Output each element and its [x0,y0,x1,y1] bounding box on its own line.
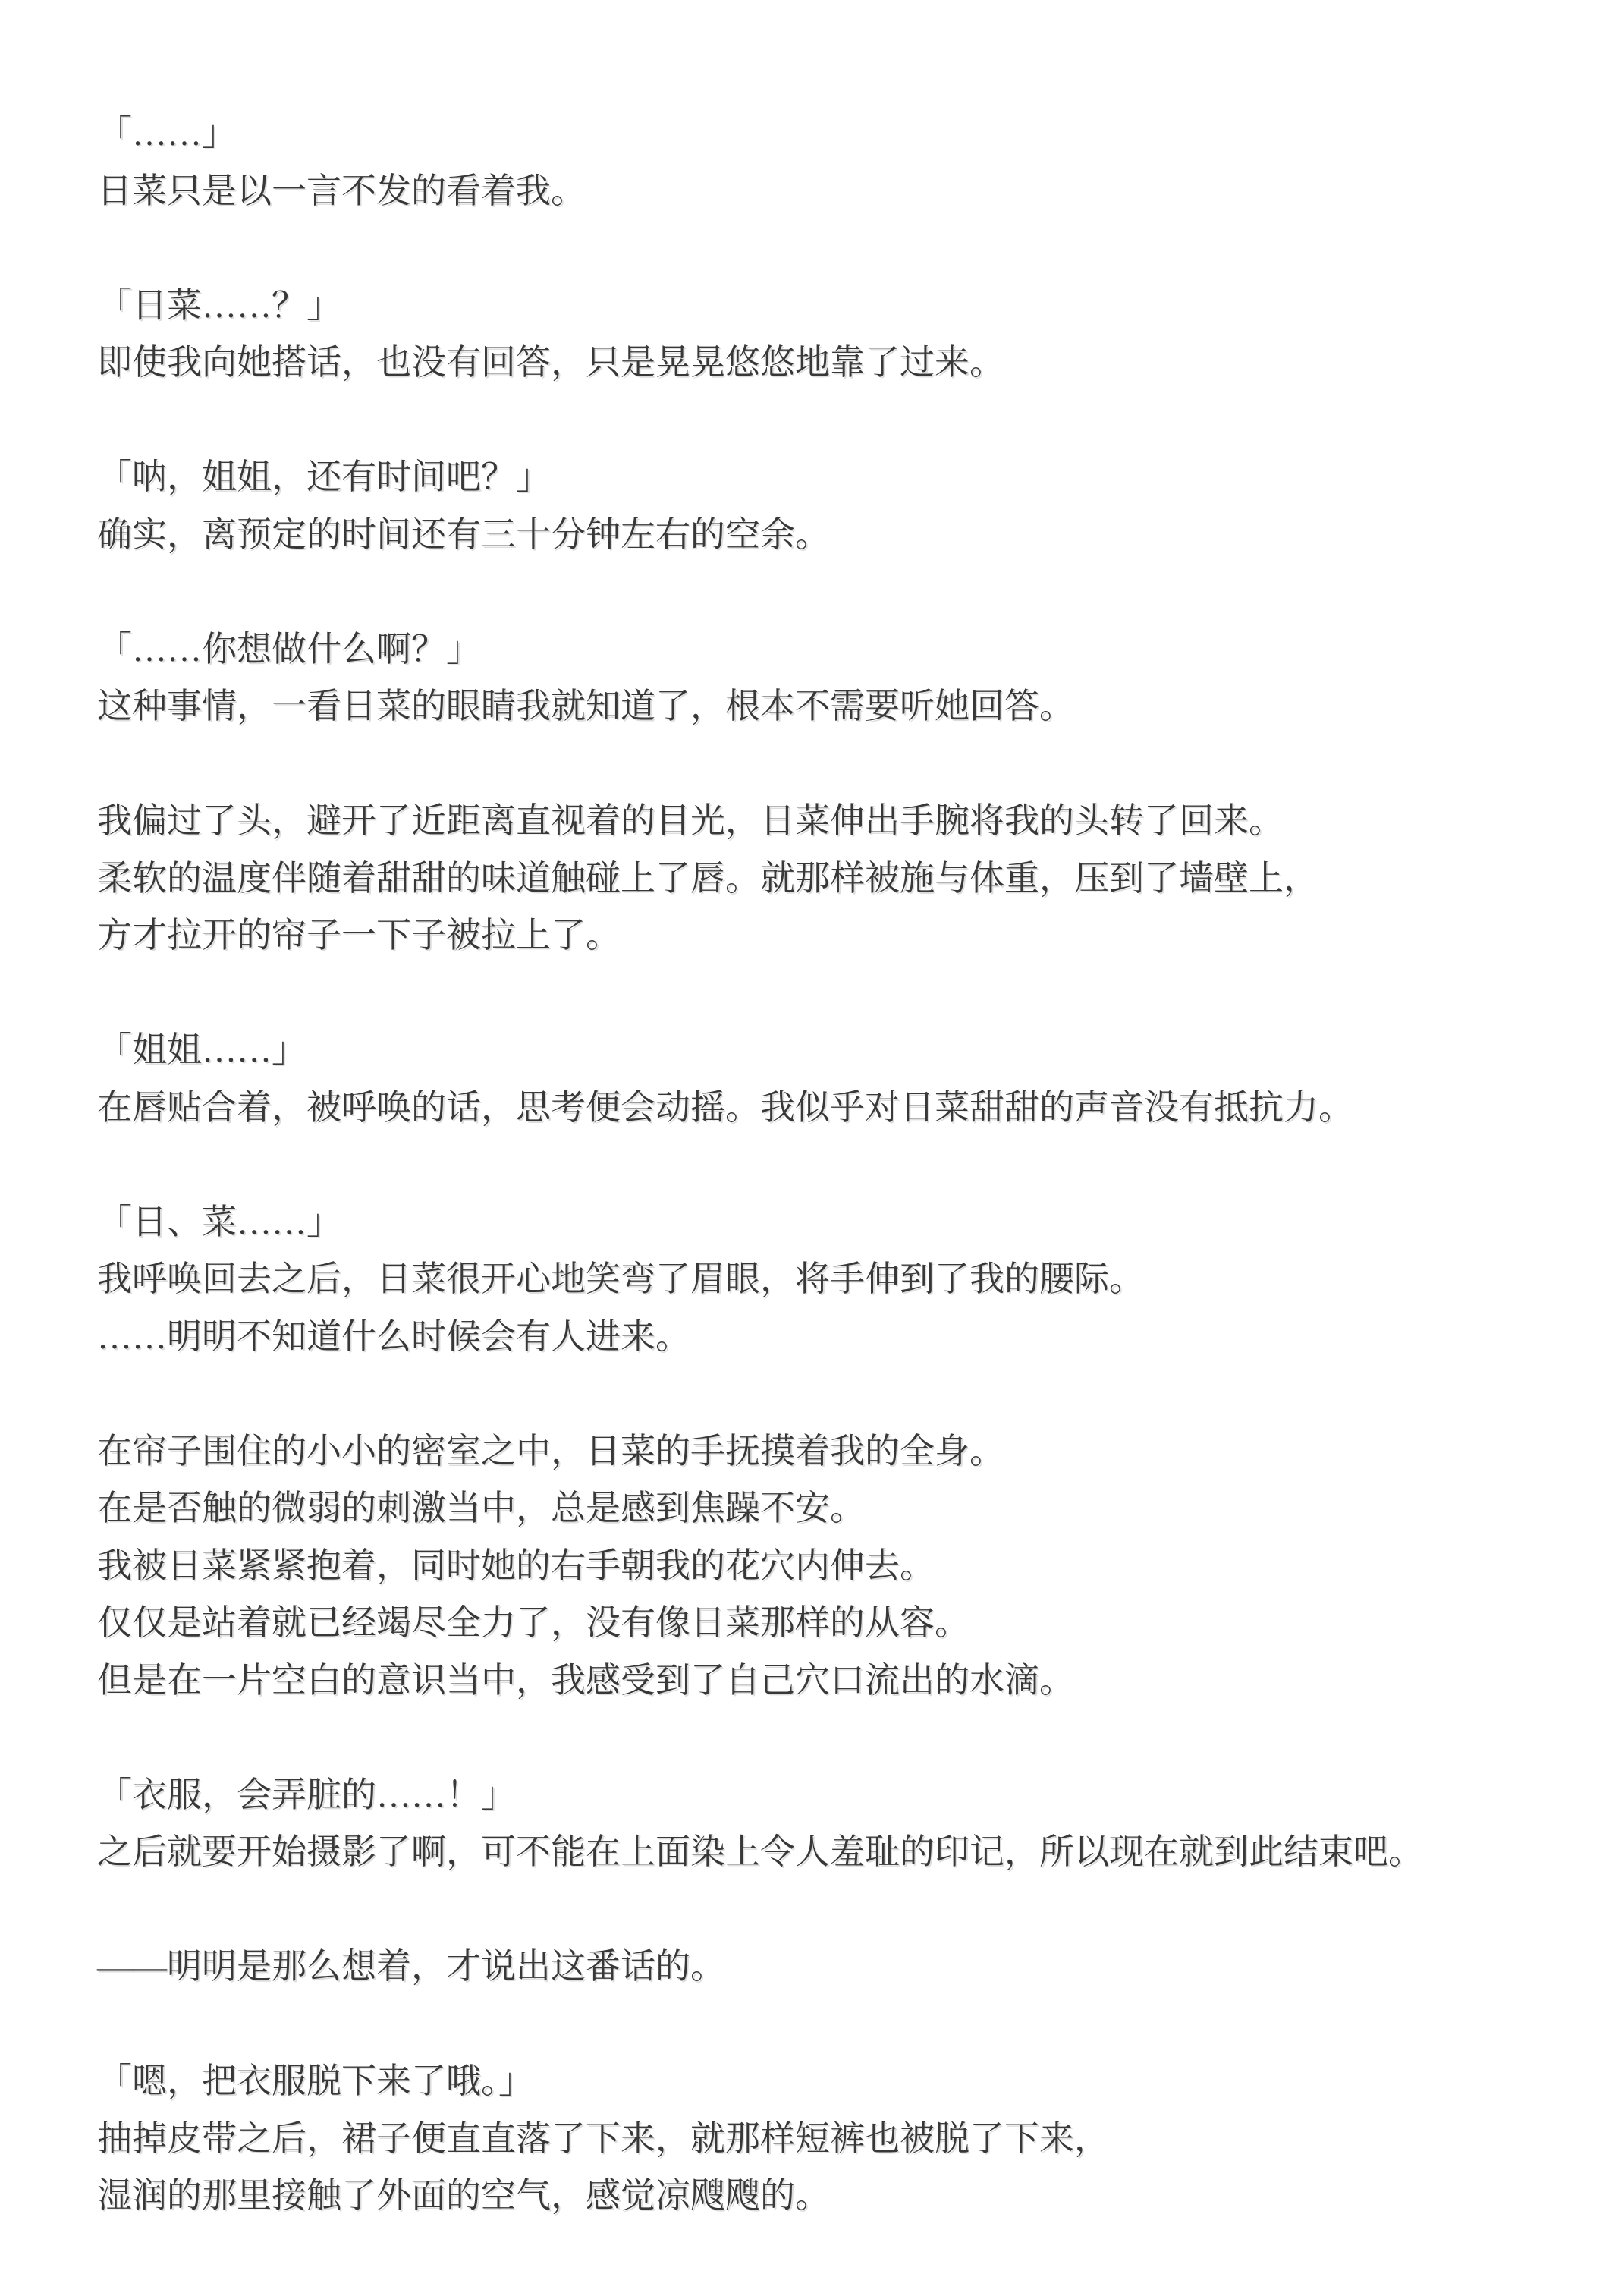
text-line: 这种事情，一看日菜的眼睛我就知道了，根本不需要听她回答。 [97,678,1548,735]
text-line: 在唇贴合着，被呼唤的话，思考便会动摇。我似乎对日菜甜甜的声音没有抵抗力。 [97,1079,1548,1137]
paragraph: 「姐姐……」在唇贴合着，被呼唤的话，思考便会动摇。我似乎对日菜甜甜的声音没有抵抗… [97,1021,1548,1136]
paragraph: ——明明是那么想着，才说出这番话的。 [97,1938,1548,1996]
text-line: ……明明不知道什么时候会有人进来。 [97,1308,1548,1366]
text-body: 「……」日菜只是以一言不发的看着我。「日菜……？」即使我向她搭话，也没有回答，只… [97,105,1548,2225]
text-line: 但是在一片空白的意识当中，我感受到了自己穴口流出的水滴。 [97,1652,1548,1709]
text-line: 即使我向她搭话，也没有回答，只是晃晃悠悠地靠了过来。 [97,334,1548,392]
text-line: 「衣服，会弄脏的……！」 [97,1766,1548,1824]
text-line: 「姐姐……」 [97,1021,1548,1079]
text-line: 在是否触的微弱的刺激当中，总是感到焦躁不安。 [97,1480,1548,1537]
paragraph: 「衣服，会弄脏的……！」之后就要开始摄影了啊，可不能在上面染上令人羞耻的印记，所… [97,1766,1548,1881]
text-line: 抽掉皮带之后，裙子便直直落了下来，就那样短裤也被脱了下来， [97,2110,1548,2168]
text-line: 在帘子围住的小小的密室之中，日菜的手抚摸着我的全身。 [97,1423,1548,1480]
text-line: 之后就要开始摄影了啊，可不能在上面染上令人羞耻的印记，所以现在就到此结束吧。 [97,1823,1548,1881]
paragraph: 「日、菜……」我呼唤回去之后，日菜很开心地笑弯了眉眼，将手伸到了我的腰际。……明… [97,1194,1548,1366]
paragraph: 在帘子围住的小小的密室之中，日菜的手抚摸着我的全身。在是否触的微弱的刺激当中，总… [97,1423,1548,1709]
text-line: 「……你想做什么啊？」 [97,621,1548,678]
text-line: 「日菜……？」 [97,277,1548,335]
text-line: 确实，离预定的时间还有三十分钟左右的空余。 [97,506,1548,564]
text-line: 我被日菜紧紧抱着，同时她的右手朝我的花穴内伸去。 [97,1537,1548,1595]
paragraph: 「嗯，把衣服脱下来了哦。」抽掉皮带之后，裙子便直直落了下来，就那样短裤也被脱了下… [97,2052,1548,2225]
paragraph: 「……」日菜只是以一言不发的看着我。 [97,105,1548,219]
paragraph: 「……你想做什么啊？」这种事情，一看日菜的眼睛我就知道了，根本不需要听她回答。 [97,621,1548,735]
text-line: 「嗯，把衣服脱下来了哦。」 [97,2052,1548,2110]
text-line: 方才拉开的帘子一下子被拉上了。 [97,907,1548,964]
novel-page: 「……」日菜只是以一言不发的看着我。「日菜……？」即使我向她搭话，也没有回答，只… [0,0,1609,2296]
text-line: 「……」 [97,105,1548,162]
text-line: 我偏过了头，避开了近距离直视着的目光，日菜伸出手腕将我的头转了回来。 [97,792,1548,850]
paragraph: 我偏过了头，避开了近距离直视着的目光，日菜伸出手腕将我的头转了回来。柔软的温度伴… [97,792,1548,964]
text-line: 仅仅是站着就已经竭尽全力了，没有像日菜那样的从容。 [97,1594,1548,1652]
text-line: 「呐，姐姐，还有时间吧？」 [97,448,1548,506]
paragraph: 「呐，姐姐，还有时间吧？」确实，离预定的时间还有三十分钟左右的空余。 [97,448,1548,563]
text-line: 日菜只是以一言不发的看着我。 [97,162,1548,220]
text-line: 我呼唤回去之后，日菜很开心地笑弯了眉眼，将手伸到了我的腰际。 [97,1250,1548,1308]
text-line: 「日、菜……」 [97,1194,1548,1251]
text-line: 湿润的那里接触了外面的空气，感觉凉飕飕的。 [97,2167,1548,2225]
paragraph: 「日菜……？」即使我向她搭话，也没有回答，只是晃晃悠悠地靠了过来。 [97,277,1548,392]
text-line: ——明明是那么想着，才说出这番话的。 [97,1938,1548,1996]
text-line: 柔软的温度伴随着甜甜的味道触碰上了唇。就那样被施与体重，压到了墙壁上， [97,850,1548,907]
